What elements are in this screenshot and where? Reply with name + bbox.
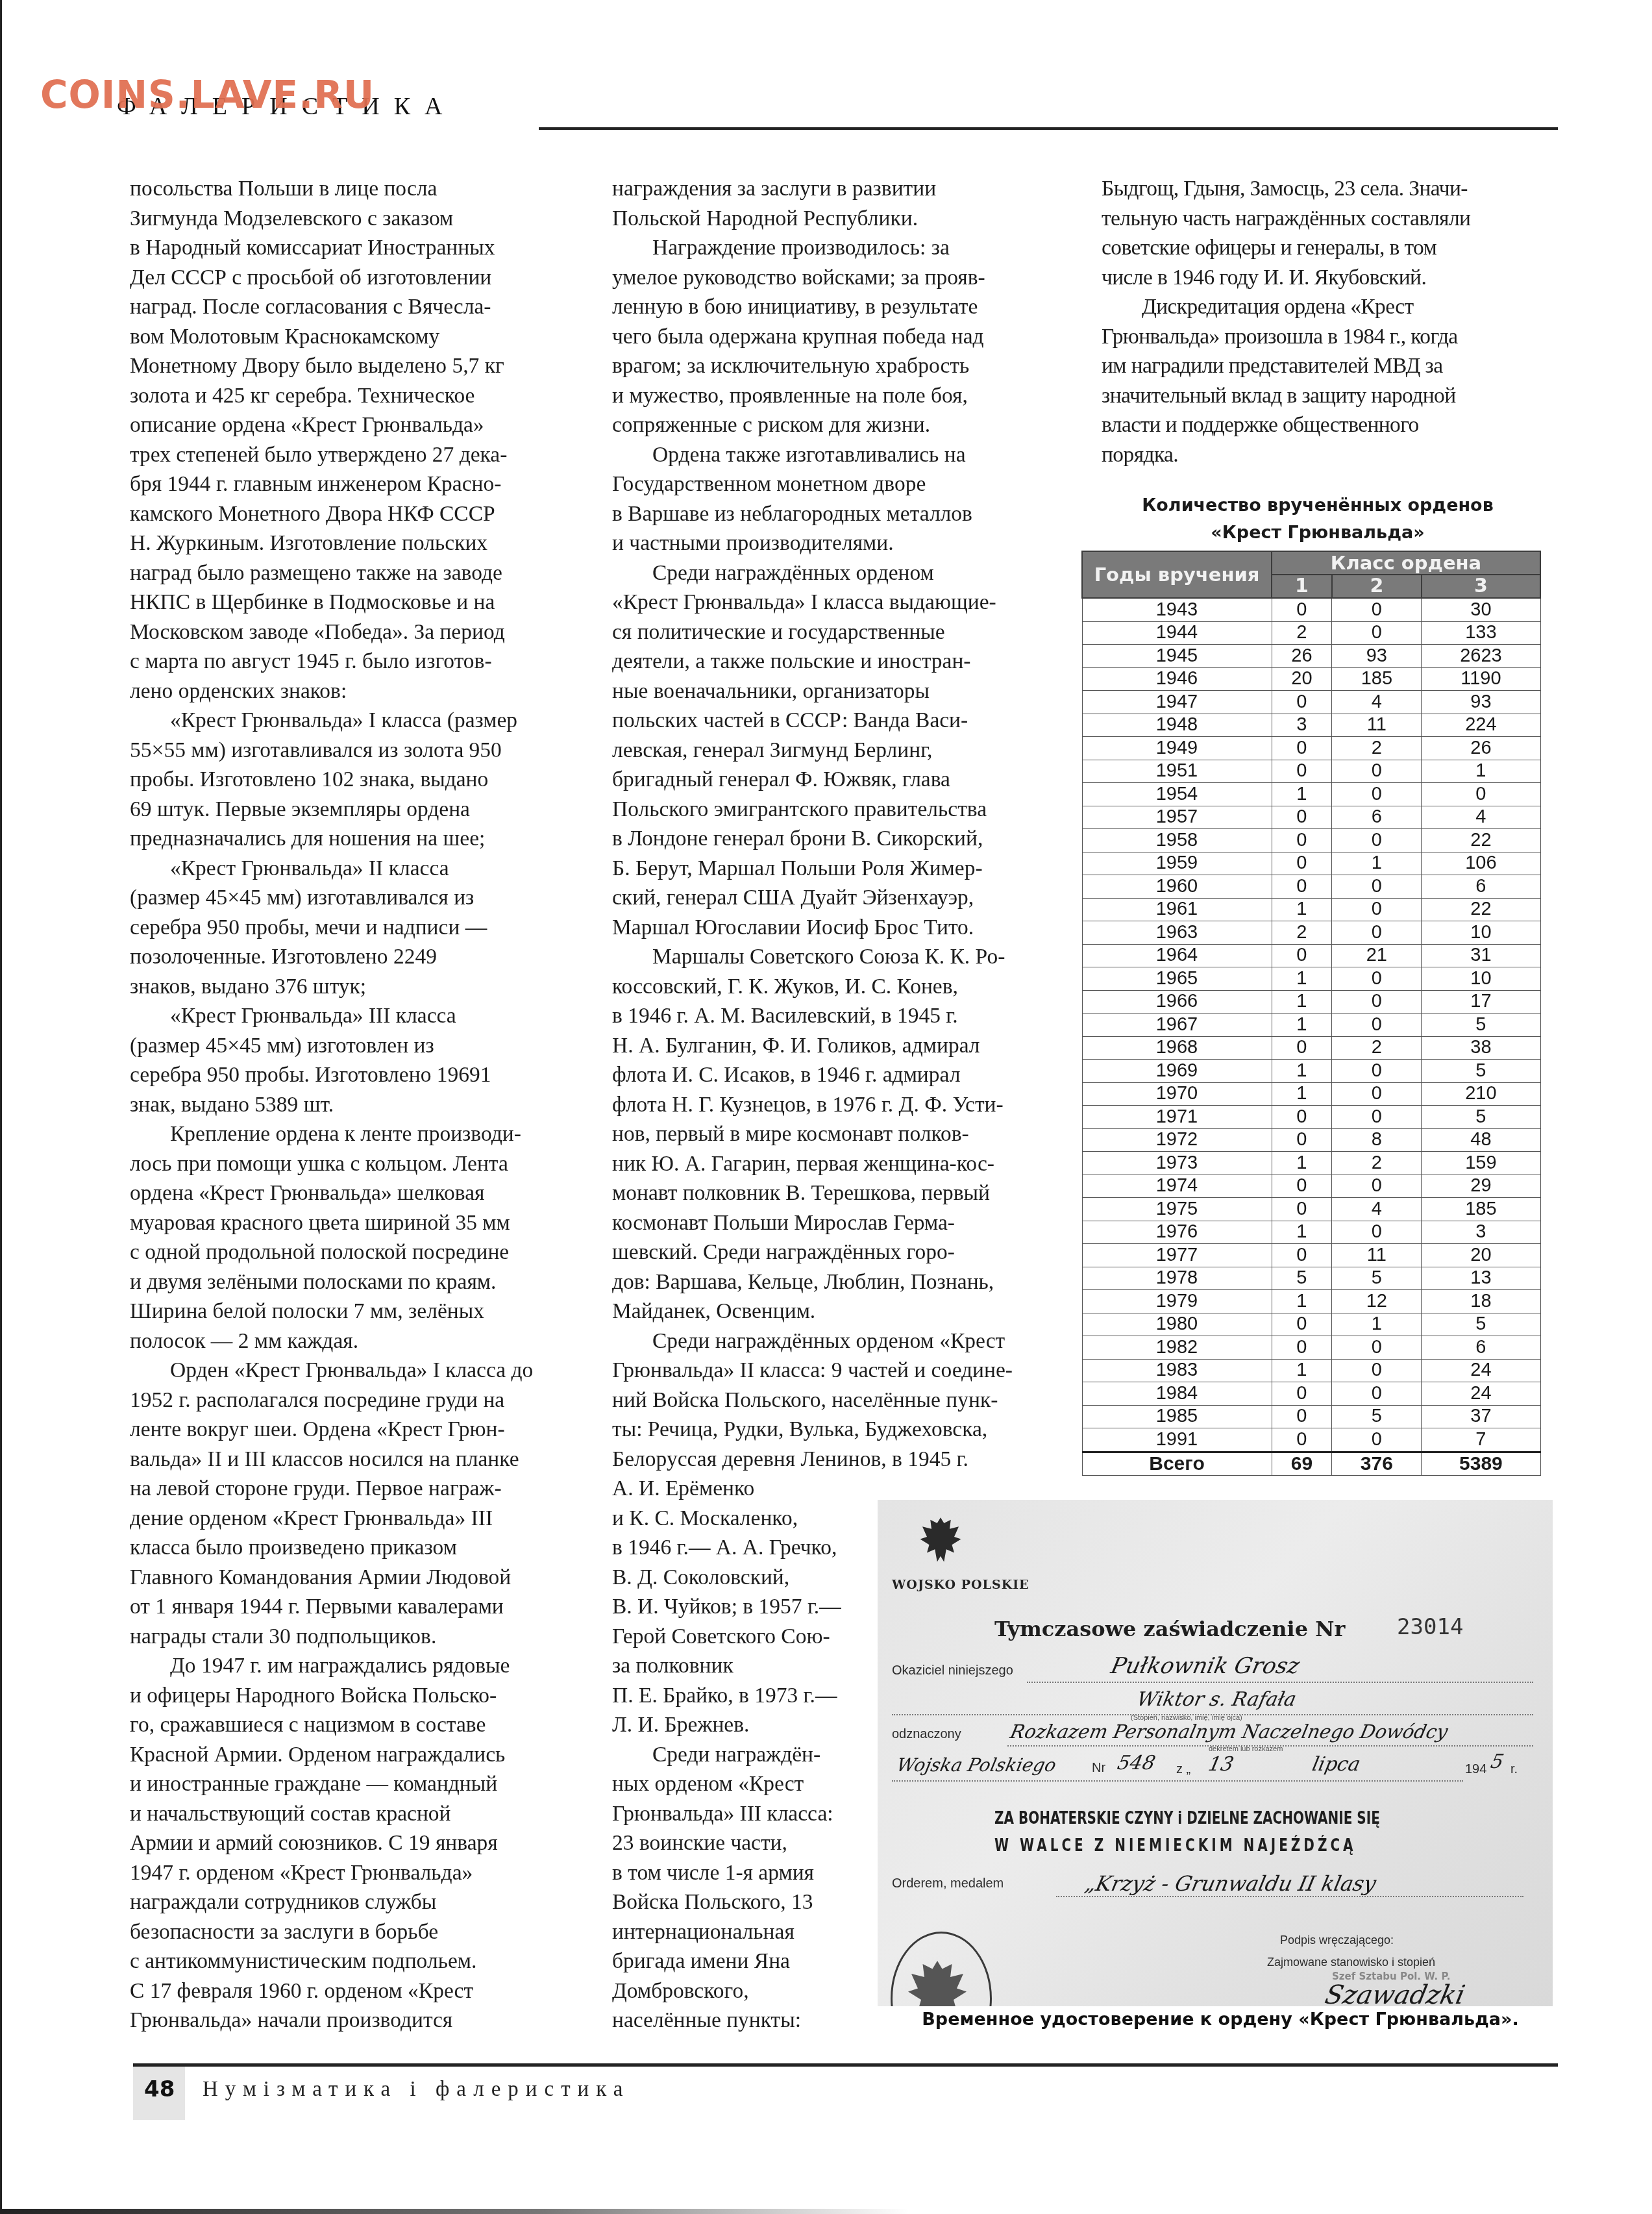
cell-year: 1957 — [1082, 806, 1272, 829]
table-row: 194420133 — [1082, 621, 1540, 645]
cell-class-3: 31 — [1422, 944, 1540, 967]
cell-year: 1983 — [1082, 1359, 1272, 1382]
cell-class-1: 1 — [1272, 1014, 1332, 1037]
text-line: ник Ю. А. Гагарин, первая женщина-кос- — [612, 1149, 1079, 1179]
table-row: 1971005 — [1082, 1106, 1540, 1129]
doc-label-z: z „ — [1176, 1762, 1190, 1777]
paragraph: посольства Польши в лице послаЗигмунда М… — [130, 174, 597, 706]
cell-class-1: 5 — [1272, 1267, 1332, 1290]
table-row: 19490226 — [1082, 737, 1540, 760]
text-line: коссовский, Г. К. Жуков, И. С. Конев, — [612, 972, 1079, 1002]
cell-class-3: 2623 — [1422, 645, 1540, 668]
text-line: дов: Варшава, Кельце, Люблин, Познань, — [612, 1267, 1079, 1297]
cell-total-class-3: 5389 — [1422, 1452, 1540, 1476]
cell-class-3: 10 — [1422, 967, 1540, 991]
text-line: Грюнвальда» начали производится — [130, 2006, 597, 2035]
doc-hand-awarded-1: Rozkazem Personalnym Naczelnego Dowódcy — [1008, 1721, 1449, 1743]
cell-class-2: 93 — [1332, 645, 1422, 668]
doc-title: Tymczasowe zaświadczenie Nr — [994, 1617, 1345, 1641]
text-line: левская, генерал Зигмунд Берлинг, — [612, 736, 1079, 765]
doc-heading-1: ZA BOHATERSKIE CZYNY i DZIELNE ZACHOWANI… — [994, 1808, 1380, 1828]
table-row: 1957064 — [1082, 806, 1540, 829]
doc-label-awarded: odznaczony — [892, 1727, 961, 1742]
cell-class-3: 133 — [1422, 621, 1540, 645]
cell-year: 1946 — [1082, 667, 1272, 691]
cell-year: 1977 — [1082, 1244, 1272, 1267]
cell-year: 1982 — [1082, 1336, 1272, 1360]
text-line: сопряженные с риском для жизни. — [612, 410, 1079, 440]
cell-year: 1975 — [1082, 1198, 1272, 1221]
cell-class-3: 6 — [1422, 875, 1540, 899]
cell-class-1: 0 — [1272, 760, 1332, 783]
text-line: 55×55 мм) изготавливался из золота 950 — [130, 736, 597, 765]
cell-class-3: 0 — [1422, 783, 1540, 806]
cell-class-1: 1 — [1272, 1359, 1332, 1382]
header-class: Класс ордена — [1272, 551, 1540, 575]
table-row: 1948311224 — [1082, 714, 1540, 737]
text-line: от 1 января 1944 г. Первыми кавалерами — [130, 1592, 597, 1622]
scan-edge-bottom — [0, 2209, 909, 2214]
paragraph: «Крест Грюнвальда» III класса(размер 45×… — [130, 1001, 597, 1119]
cell-class-1: 0 — [1272, 1106, 1332, 1129]
cell-class-3: 24 — [1422, 1359, 1540, 1382]
text-line: им наградили представителей МВД за — [1102, 351, 1556, 381]
cell-class-1: 0 — [1272, 1313, 1332, 1336]
cell-year: 1959 — [1082, 852, 1272, 875]
cell-class-3: 26 — [1422, 737, 1540, 760]
cell-class-2: 0 — [1332, 1014, 1422, 1037]
cell-class-3: 1 — [1422, 760, 1540, 783]
doc-label-signature: Podpis wręczającego: — [1280, 1934, 1394, 1947]
cell-year: 1963 — [1082, 921, 1272, 945]
text-line: класса было произведено приказом — [130, 1533, 597, 1563]
text-line: «Крест Грюнвальда» II класса — [130, 854, 597, 884]
cell-class-1: 20 — [1272, 667, 1332, 691]
cell-year: 1980 — [1082, 1313, 1272, 1336]
text-line: Польского эмигрантского правительства — [612, 795, 1079, 825]
cell-class-3: 20 — [1422, 1244, 1540, 1267]
cell-class-3: 1190 — [1422, 667, 1540, 691]
paragraph: Среди награждённых орденом«Крест Грюнвал… — [612, 558, 1079, 943]
text-line: вальда» II и III классов носился на план… — [130, 1445, 597, 1474]
text-line: Орден «Крест Грюнвальда» I класса до — [130, 1356, 597, 1386]
text-line: знаков, выдано 376 штук; — [130, 972, 597, 1002]
text-line: врагом; за исключительную храбрость — [612, 351, 1079, 381]
text-line: бря 1944 г. главным инженером Красно- — [130, 469, 597, 499]
cell-class-3: 17 — [1422, 990, 1540, 1014]
doc-label-order: Orderem, medalem — [892, 1876, 1004, 1891]
cell-year: 1979 — [1082, 1290, 1272, 1313]
cell-class-2: 0 — [1332, 598, 1422, 621]
text-line: «Крест Грюнвальда» I класса выдающие- — [612, 588, 1079, 617]
cell-total-class-1: 69 — [1272, 1452, 1332, 1476]
cell-class-2: 4 — [1332, 1198, 1422, 1221]
doc-hand-bearer-1: Pułkownik Grosz — [1109, 1653, 1302, 1679]
cell-class-2: 8 — [1332, 1128, 1422, 1152]
text-line: золота и 425 кг серебра. Техническое — [130, 381, 597, 411]
table-row: 197701120 — [1082, 1244, 1540, 1267]
cell-class-2: 0 — [1332, 1060, 1422, 1083]
cell-year: 1944 — [1082, 621, 1272, 645]
cell-class-1: 1 — [1272, 990, 1332, 1014]
cell-class-2: 2 — [1332, 1036, 1422, 1060]
text-line: Ширина белой полоски 7 мм, зелёных — [130, 1297, 597, 1326]
text-line: Маршалы Советского Союза К. К. Ро- — [612, 942, 1079, 972]
cell-class-2: 0 — [1332, 875, 1422, 899]
text-line: с антикоммунистическим подпольем. — [130, 1947, 597, 1976]
text-line: го, сражавшиеся с нацизмом в составе — [130, 1710, 597, 1740]
cell-class-3: 5 — [1422, 1060, 1540, 1083]
cell-year: 1968 — [1082, 1036, 1272, 1060]
paragraph: «Крест Грюнвальда» II класса(размер 45×4… — [130, 854, 597, 1002]
cell-class-1: 1 — [1272, 1152, 1332, 1175]
text-line: Б. Берут, Маршал Польши Роля Жимер- — [612, 854, 1079, 884]
paragraph: Награждение производилось: заумелое руко… — [612, 233, 1079, 440]
text-line: Н. А. Булганин, Ф. И. Голиков, адмирал — [612, 1031, 1079, 1061]
text-line: и мужество, проявленные на поле боя, — [612, 381, 1079, 411]
doc-label-bearer: Okaziciel niniejszego — [892, 1663, 1013, 1678]
text-line: числе в 1946 году И. И. Якубовский. — [1102, 263, 1556, 293]
text-line: Польской Народной Республики. — [612, 204, 1079, 234]
text-line: ленте вокруг шеи. Ордена «Крест Грюн- — [130, 1415, 597, 1445]
cell-class-1: 1 — [1272, 1221, 1332, 1244]
cell-class-1: 0 — [1272, 1382, 1332, 1406]
text-line: А. И. Ерёменко — [612, 1474, 1079, 1504]
cell-class-2: 0 — [1332, 1082, 1422, 1106]
text-line: 1947 г. орденом «Крест Грюнвальда» — [130, 1858, 597, 1888]
table-row: 197504185 — [1082, 1198, 1540, 1221]
cell-year: 1967 — [1082, 1014, 1272, 1037]
cell-class-3: 13 — [1422, 1267, 1540, 1290]
text-line: Ордена также изготавливались на — [612, 440, 1079, 470]
cell-class-1: 1 — [1272, 967, 1332, 991]
cell-year: 1978 — [1082, 1267, 1272, 1290]
cell-year: 1969 — [1082, 1060, 1272, 1083]
cell-class-3: 37 — [1422, 1405, 1540, 1428]
cell-class-2: 0 — [1332, 829, 1422, 852]
text-line: серебра 950 пробы. Изготовлено 19691 — [130, 1060, 597, 1090]
text-line: флота И. С. Исаков, в 1946 г. адмирал — [612, 1060, 1079, 1090]
cell-year: 1951 — [1082, 760, 1272, 783]
text-line: позолоченные. Изготовлено 2249 — [130, 942, 597, 972]
table-total-row: Всего693765389 — [1082, 1452, 1540, 1476]
header-class-2: 2 — [1332, 575, 1422, 598]
text-line: Н. Журкиным. Изготовление польских — [130, 529, 597, 558]
text-line: Красной Армии. Орденом награждались — [130, 1740, 597, 1770]
cell-year: 1960 — [1082, 875, 1272, 899]
text-line: в Лондоне генерал брони В. Сикорский, — [612, 824, 1079, 854]
cell-year: 1974 — [1082, 1175, 1272, 1198]
table-row: 19430030 — [1082, 598, 1540, 621]
table-caption-line-2: «Крест Грюнвальда» — [1078, 519, 1558, 547]
text-line: космонавт Польши Мирослав Герма- — [612, 1208, 1079, 1238]
doc-hand-order: „Krzyż - Grunwaldu II klasy — [1083, 1871, 1379, 1896]
doc-hand-bearer-2: Wiktor s. Rafała — [1135, 1688, 1298, 1711]
doc-dotted-line — [1027, 1682, 1533, 1683]
cell-class-2: 0 — [1332, 1336, 1422, 1360]
cell-total-class-2: 376 — [1332, 1452, 1422, 1476]
text-line: Монетному Двору было выделено 5,7 кг — [130, 351, 597, 381]
text-line: и двумя зелёными полосками по краям. — [130, 1267, 597, 1297]
text-line: С 17 февраля 1960 г. орденом «Крест — [130, 1976, 597, 2006]
cell-year: 1947 — [1082, 691, 1272, 714]
cell-class-1: 0 — [1272, 1405, 1332, 1428]
table-row: 19580022 — [1082, 829, 1540, 852]
cell-class-2: 21 — [1332, 944, 1422, 967]
doc-hand-day: 13 — [1206, 1753, 1236, 1776]
cell-class-2: 0 — [1332, 967, 1422, 991]
cell-class-1: 2 — [1272, 621, 1332, 645]
cell-class-1: 26 — [1272, 645, 1332, 668]
cell-class-3: 18 — [1422, 1290, 1540, 1313]
text-line: Главного Командования Армии Людовой — [130, 1563, 597, 1593]
table-row: 19611022 — [1082, 898, 1540, 921]
text-line: умелое руководство войсками; за прояв- — [612, 263, 1079, 293]
awards-table: Годы вручения Класс ордена 1 2 3 1943003… — [1081, 551, 1541, 1476]
table-row: 1976103 — [1082, 1221, 1540, 1244]
cell-year: 1970 — [1082, 1082, 1272, 1106]
text-line: власти и поддержке общественного — [1102, 410, 1556, 440]
cell-class-2: 0 — [1332, 921, 1422, 945]
doc-hint-awarded: dekretem lub rozkazem — [1209, 1745, 1283, 1753]
table-row: 19651010 — [1082, 967, 1540, 991]
text-line: Грюнвальда» II класса: 9 частей и соедин… — [612, 1356, 1079, 1386]
cell-class-1: 0 — [1272, 691, 1332, 714]
text-line: вом Молотовым Краснокамскому — [130, 322, 597, 352]
text-line: советские офицеры и генералы, в том — [1102, 233, 1556, 263]
certificate-photo: WOJSKO POLSKIE Tymczasowe zaświadczenie … — [878, 1500, 1553, 2006]
paragraph: Маршалы Советского Союза К. К. Ро-коссов… — [612, 942, 1079, 1326]
cell-class-2: 4 — [1332, 691, 1422, 714]
text-line: Зигмунда Модзелевского с заказом — [130, 204, 597, 234]
photo-caption: Временное удостоверение к ордену «Крест … — [906, 2009, 1535, 2030]
table-row: 197010210 — [1082, 1082, 1540, 1106]
cell-year: 1954 — [1082, 783, 1272, 806]
text-line: описание ордена «Крест Грюнвальда» — [130, 410, 597, 440]
table-row: 19785513 — [1082, 1267, 1540, 1290]
text-line: ленную в бою инициативу, в результате — [612, 292, 1079, 322]
doc-label-nr: Nr — [1092, 1761, 1105, 1776]
cell-class-1: 1 — [1272, 898, 1332, 921]
text-line: в 1946 г. А. М. Василевский, в 1945 г. — [612, 1001, 1079, 1031]
text-line: на левой стороне груди. Первое награж- — [130, 1474, 597, 1504]
doc-year-prefix: 194 — [1465, 1762, 1486, 1777]
cell-year: 1991 — [1082, 1428, 1272, 1452]
cell-class-2: 5 — [1332, 1267, 1422, 1290]
cell-class-1: 0 — [1272, 1175, 1332, 1198]
text-line: Грюнвальда» произошла в 1984 г., когда — [1102, 322, 1556, 352]
header-years: Годы вручения — [1082, 551, 1272, 598]
cell-class-1: 1 — [1272, 1082, 1332, 1106]
table-row: 1967105 — [1082, 1014, 1540, 1037]
cell-class-1: 0 — [1272, 1336, 1332, 1360]
doc-hand-month: lipca — [1310, 1753, 1362, 1776]
cell-class-2: 0 — [1332, 990, 1422, 1014]
table-row: 19680238 — [1082, 1036, 1540, 1060]
cell-class-2: 0 — [1332, 1106, 1422, 1129]
text-line: с марта по август 1945 г. было изготов- — [130, 647, 597, 677]
cell-class-2: 0 — [1332, 760, 1422, 783]
text-line: До 1947 г. им награждались рядовые — [130, 1651, 597, 1681]
scan-edge — [0, 0, 2, 2214]
cell-class-2: 0 — [1332, 898, 1422, 921]
text-line: предназначались для ношения на шее; — [130, 824, 597, 854]
footer-rule — [133, 2063, 1558, 2067]
text-line: Маршал Югославии Иосиф Брос Тито. — [612, 913, 1079, 943]
table-row: 1960006 — [1082, 875, 1540, 899]
table-row: 1991007 — [1082, 1428, 1540, 1452]
cell-class-3: 22 — [1422, 898, 1540, 921]
text-line: и частными производителями. — [612, 529, 1079, 558]
text-line: знак, выдано 5389 шт. — [130, 1090, 597, 1120]
cell-year: 1949 — [1082, 737, 1272, 760]
text-line: нов, первый в мире космонавт полков- — [612, 1119, 1079, 1149]
cell-class-2: 0 — [1332, 1175, 1422, 1198]
text-line: деятели, а также польские и иностран- — [612, 647, 1079, 677]
table-row: 19831024 — [1082, 1359, 1540, 1382]
cell-class-2: 0 — [1332, 621, 1422, 645]
cell-year: 1966 — [1082, 990, 1272, 1014]
cell-class-2: 0 — [1332, 1382, 1422, 1406]
cell-class-3: 185 — [1422, 1198, 1540, 1221]
table-row: 1951001 — [1082, 760, 1540, 783]
text-line: «Крест Грюнвальда» I класса (размер — [130, 706, 597, 736]
cell-class-1: 0 — [1272, 1198, 1332, 1221]
text-line: ные военачальники, организаторы — [612, 677, 1079, 706]
cell-class-1: 0 — [1272, 806, 1332, 829]
cell-class-1: 0 — [1272, 737, 1332, 760]
cell-class-2: 12 — [1332, 1290, 1422, 1313]
text-line: монавт полковник В. Терешкова, первый — [612, 1178, 1079, 1208]
cell-year: 1948 — [1082, 714, 1272, 737]
text-line: награждали сотрудников службы — [130, 1887, 597, 1917]
cell-total-label: Всего — [1082, 1452, 1272, 1476]
header-class-3: 3 — [1422, 575, 1540, 598]
text-line: полосок — 2 мм каждая. — [130, 1326, 597, 1356]
text-line: Среди награждённых орденом «Крест — [612, 1326, 1079, 1356]
table-caption: Количество врученённых орденов «Крест Гр… — [1078, 492, 1558, 547]
text-line: шевский. Среди награждённых горо- — [612, 1238, 1079, 1267]
cell-class-1: 1 — [1272, 1290, 1332, 1313]
cell-class-3: 210 — [1422, 1082, 1540, 1106]
cell-class-1: 1 — [1272, 1060, 1332, 1083]
table-row: 1946201851190 — [1082, 667, 1540, 691]
table-row: 197312159 — [1082, 1152, 1540, 1175]
text-line: (размер 45×45 мм) изготовлен из — [130, 1031, 597, 1061]
cell-class-3: 5 — [1422, 1106, 1540, 1129]
cell-year: 1971 — [1082, 1106, 1272, 1129]
watermark: COINS.LAVE.RU — [40, 73, 375, 117]
doc-hand-year: 5 — [1488, 1750, 1506, 1773]
text-line: Московском заводе «Победа». За период — [130, 617, 597, 647]
text-line: Дел СССР с просьбой об изготовлении — [130, 263, 597, 293]
cell-class-2: 1 — [1332, 852, 1422, 875]
cell-class-1: 0 — [1272, 1036, 1332, 1060]
cell-class-1: 0 — [1272, 875, 1332, 899]
cell-year: 1965 — [1082, 967, 1272, 991]
text-line: Быдгощ, Гдыня, Замосць, 23 села. Значи- — [1102, 174, 1556, 204]
doc-label-position: Zajmowane stanowisko i stopień — [1267, 1956, 1435, 1969]
text-line: 69 штук. Первые экземпляры ордена — [130, 795, 597, 825]
cell-class-3: 3 — [1422, 1221, 1540, 1244]
cell-class-3: 29 — [1422, 1175, 1540, 1198]
cell-year: 1976 — [1082, 1221, 1272, 1244]
cell-year: 1964 — [1082, 944, 1272, 967]
magazine-title: Нумізматика і фалеристика — [203, 2078, 630, 2102]
cell-year: 1985 — [1082, 1405, 1272, 1428]
text-line: Крепление ордена к ленте производи- — [130, 1119, 597, 1149]
cell-class-3: 7 — [1422, 1428, 1540, 1452]
table-row: 19740029 — [1082, 1175, 1540, 1198]
cell-class-1: 1 — [1272, 783, 1332, 806]
cell-year: 1984 — [1082, 1382, 1272, 1406]
table-row: 196402131 — [1082, 944, 1540, 967]
table-row: 1982006 — [1082, 1336, 1540, 1360]
header-class-1: 1 — [1272, 575, 1332, 598]
text-line: серебра 950 пробы, мечи и надписи — — [130, 913, 597, 943]
doc-number: 23014 — [1397, 1614, 1463, 1640]
text-line: дение орденом «Крест Грюнвальда» III — [130, 1504, 597, 1534]
table-row: 194526932623 — [1082, 645, 1540, 668]
paragraph: «Крест Грюнвальда» I класса (размер55×55… — [130, 706, 597, 854]
text-line: польских частей в СССР: Ванда Васи- — [612, 706, 1079, 736]
table-row: 19470493 — [1082, 691, 1540, 714]
cell-class-3: 22 — [1422, 829, 1540, 852]
paragraph: награждения за заслуги в развитииПольско… — [612, 174, 1079, 233]
cell-class-1: 2 — [1272, 921, 1332, 945]
cell-class-1: 0 — [1272, 598, 1332, 621]
paragraph: Орден «Крест Грюнвальда» I класса до1952… — [130, 1356, 597, 1651]
text-line: награждения за заслуги в развитии — [612, 174, 1079, 204]
cell-class-3: 4 — [1422, 806, 1540, 829]
cell-class-2: 1 — [1332, 1313, 1422, 1336]
cell-class-3: 5 — [1422, 1313, 1540, 1336]
doc-heading-2: W WALCE Z NIEMIECKIM NAJEŹDŹCĄ — [994, 1835, 1357, 1856]
text-line: Награждение производилось: за — [612, 233, 1079, 263]
stamp-eagle-icon — [905, 1954, 970, 2006]
text-line: Среди награждённых орденом — [612, 558, 1079, 588]
cell-class-2: 11 — [1332, 1244, 1422, 1267]
paragraph: Крепление ордена к ленте производи-лось … — [130, 1119, 597, 1356]
text-line: наград. После согласования с Вячесла- — [130, 292, 597, 322]
cell-class-3: 106 — [1422, 852, 1540, 875]
text-line: с одной продольной полоской посредине — [130, 1238, 597, 1267]
text-line: (размер 45×45 мм) изготавливался из — [130, 883, 597, 913]
text-line: Дискредитация ордена «Крест — [1102, 292, 1556, 322]
text-line: НКПС в Щербинке в Подмосковье и на — [130, 588, 597, 617]
text-line: 1952 г. располагался посредине груди на — [130, 1386, 597, 1415]
cell-class-2: 0 — [1332, 1428, 1422, 1452]
table-row: 197911218 — [1082, 1290, 1540, 1313]
cell-class-3: 159 — [1422, 1152, 1540, 1175]
text-column-1: посольства Польши в лице послаЗигмунда М… — [130, 174, 597, 2035]
text-line: лось при помощи ушка с кольцом. Лента — [130, 1149, 597, 1179]
text-line: муаровая красного цвета шириной 35 мм — [130, 1208, 597, 1238]
cell-class-2: 185 — [1332, 667, 1422, 691]
doc-dotted-line — [892, 1780, 1463, 1782]
cell-year: 1972 — [1082, 1128, 1272, 1152]
table-row: 19840024 — [1082, 1382, 1540, 1406]
text-line: чего была одержана крупная победа над — [612, 322, 1079, 352]
cell-class-1: 0 — [1272, 829, 1332, 852]
text-line: Белоруссая деревня Ленинов, в 1945 г. — [612, 1445, 1079, 1474]
text-line: и начальствующий состав красной — [130, 1799, 597, 1829]
text-line: флота Н. Г. Кузнецов, в 1976 г. Д. Ф. Ус… — [612, 1090, 1079, 1120]
text-line: Армии и армий союзников. С 19 января — [130, 1828, 597, 1858]
cell-year: 1943 — [1082, 598, 1272, 621]
cell-class-1: 0 — [1272, 944, 1332, 967]
text-line: и офицеры Народного Войска Польско- — [130, 1681, 597, 1711]
